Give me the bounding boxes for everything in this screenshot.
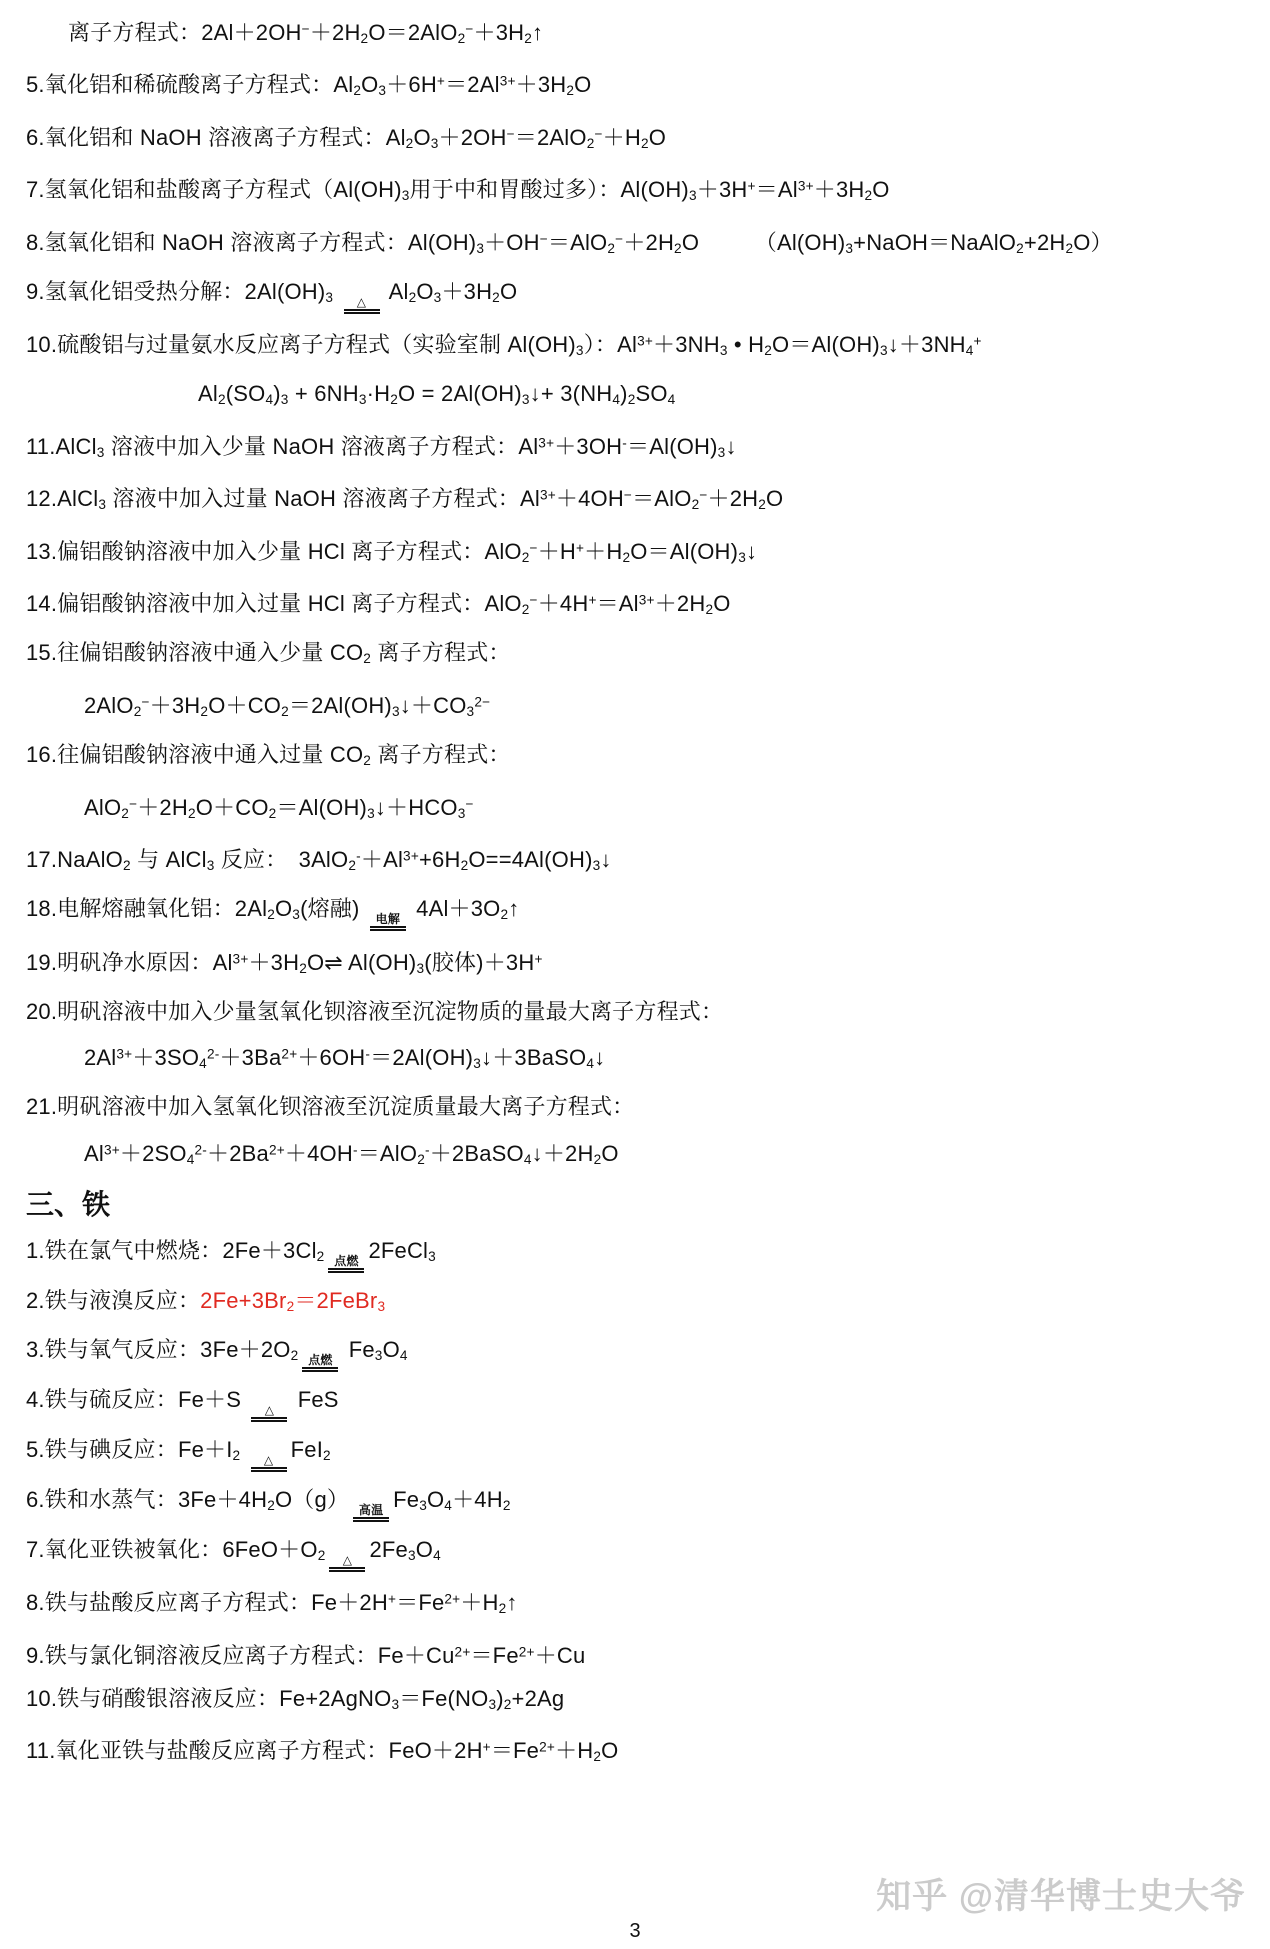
subscript: 3 xyxy=(391,1697,399,1712)
superscript: 3+ xyxy=(403,849,419,864)
double-line-equals xyxy=(328,1268,364,1273)
subscript: 2 xyxy=(607,241,615,256)
document-line: Al2(SO4)3 + 6NH3·H2O = 2Al(OH)3↓+ 3(NH4)… xyxy=(198,379,1250,415)
document-line: Al3+＋2SO42-＋2Ba2+＋4OH-＝AlO2-＋2BaSO4↓＋2H2… xyxy=(84,1135,1250,1175)
double-line-equals xyxy=(344,309,380,314)
condition-label: △ xyxy=(343,1554,352,1566)
double-line-equals xyxy=(302,1367,338,1372)
subscript: 2 xyxy=(566,83,574,98)
line-text: 8.氢氧化铝和 NaOH 溶液离子方程式：Al(OH)3＋OH−＝AlO2−＋2… xyxy=(26,230,1113,255)
document-line: 13.偏铝酸钠溶液中加入少量 HCl 离子方程式：AlO2−＋H+＋H2O＝Al… xyxy=(26,533,1250,573)
line-text: 2AlO2−＋3H2O＋CO2＝2Al(OH)3↓＋CO32− xyxy=(84,693,490,718)
superscript: + xyxy=(483,1740,491,1755)
superscript: − xyxy=(615,231,623,246)
superscript: − xyxy=(594,126,602,141)
reaction-condition-equals: △ xyxy=(344,296,380,314)
reaction-condition-equals: △ xyxy=(251,1404,287,1422)
line-text: 15.往偏铝酸钠溶液中通入少量 CO2 离子方程式： xyxy=(26,640,511,665)
subscript: 2 xyxy=(323,1448,331,1463)
line-text: 20.明矾溶液中加入少量氢氧化钡溶液至沉淀物质的量最大离子方程式： xyxy=(26,999,723,1024)
document-line: 2AlO2−＋3H2O＋CO2＝2Al(OH)3↓＋CO32− xyxy=(84,687,1250,727)
subscript: 2 xyxy=(522,550,530,565)
superscript: 2- xyxy=(195,1142,208,1157)
line-text: 三、铁 xyxy=(26,1189,110,1220)
line-text: 3.铁与氧气反应：3Fe＋2O2点燃 Fe3O4 xyxy=(26,1337,408,1362)
document-line: 15.往偏铝酸钠溶液中通入少量 CO2 离子方程式： xyxy=(26,638,1250,674)
subscript: 3 xyxy=(325,290,333,305)
superscript: + xyxy=(974,334,982,349)
superscript: + xyxy=(437,74,445,89)
subscript: 2 xyxy=(363,753,371,768)
superscript: 3+ xyxy=(500,74,516,89)
line-text: 14.偏铝酸钠溶液中加入过量 HCl 离子方程式：AlO2−＋4H+＝Al3+＋… xyxy=(26,591,731,616)
subscript: 2 xyxy=(492,290,500,305)
line-text: 2Al3+＋3SO42-＋3Ba2+＋6OH-＝2Al(OH)3↓＋3BaSO4… xyxy=(84,1045,605,1070)
line-text: 7.氢氧化铝和盐酸离子方程式（Al(OH)3用于中和胃酸过多）：Al(OH)3＋… xyxy=(26,177,890,202)
document-line: 5.氧化铝和稀硫酸离子方程式：Al2O3＋6H+＝2Al3+＋3H2O xyxy=(26,67,1250,107)
subscript: 2 xyxy=(705,602,713,617)
subscript: 3 xyxy=(431,136,439,151)
subscript: 2 xyxy=(1065,241,1073,256)
subscript: 3 xyxy=(377,1299,385,1314)
subscript: 3 xyxy=(593,858,601,873)
superscript: 3+ xyxy=(637,334,653,349)
watermark: 知乎 @清华博士史大爷 xyxy=(876,1869,1246,1919)
superscript: 2+ xyxy=(444,1592,460,1607)
line-text: 9.氢氧化铝受热分解：2Al(OH)3 △ Al2O3＋3H2O xyxy=(26,279,517,304)
subscript: 3 xyxy=(476,241,484,256)
subscript: 3 xyxy=(392,704,400,719)
superscript: 3+ xyxy=(540,488,556,503)
superscript: - xyxy=(425,1142,430,1157)
line-text: AlO2−＋2H2O＋CO2＝Al(OH)3↓＋HCO3− xyxy=(84,795,474,820)
subscript: 3 xyxy=(97,445,105,460)
subscript: 4 xyxy=(612,392,620,407)
superscript: 3+ xyxy=(233,951,249,966)
document-line: 16.往偏铝酸钠溶液中通入过量 CO2 离子方程式： xyxy=(26,740,1250,776)
subscript: 2 xyxy=(764,343,772,358)
subscript: 2 xyxy=(134,704,142,719)
document-line: 3.铁与氧气反应：3Fe＋2O2点燃 Fe3O4 xyxy=(26,1335,1250,1372)
subscript: 3 xyxy=(281,392,289,407)
line-text: Al2(SO4)3 + 6NH3·H2O = 2Al(OH)3↓+ 3(NH4)… xyxy=(198,381,675,406)
superscript: − xyxy=(465,21,473,36)
subscript: 2 xyxy=(363,651,371,666)
subscript: 3 xyxy=(378,83,386,98)
subscript: 2 xyxy=(390,392,398,407)
subscript: 3 xyxy=(408,1548,416,1563)
subscript: 2 xyxy=(267,1498,275,1513)
subscript: 3 xyxy=(207,858,215,873)
superscript: 2- xyxy=(207,1047,220,1062)
document-line: 7.氢氧化铝和盐酸离子方程式（Al(OH)3用于中和胃酸过多）：Al(OH)3＋… xyxy=(26,172,1250,212)
subscript: 2 xyxy=(622,550,630,565)
line-text: 16.往偏铝酸钠溶液中通入过量 CO2 离子方程式： xyxy=(26,742,511,767)
subscript: 2 xyxy=(501,907,509,922)
subscript: 3 xyxy=(428,1249,436,1264)
document-line: 11.AlCl3 溶液中加入少量 NaOH 溶液离子方程式：Al3+＋3OH-＝… xyxy=(26,428,1250,468)
document-line: 2.铁与液溴反应：2Fe+3Br2＝2FeBr3 xyxy=(26,1286,1250,1322)
superscript: - xyxy=(365,1047,370,1062)
page-number: 3 xyxy=(0,1920,1270,1943)
subscript: 2 xyxy=(317,1249,325,1264)
subscript: 2 xyxy=(233,1448,241,1463)
subscript: 4 xyxy=(668,392,676,407)
document-line: 7.氧化亚铁被氧化：6FeO＋O2△2Fe3O4 xyxy=(26,1535,1250,1572)
line-text: 17.NaAlO2 与 AlCl3 反应： 3AlO2-＋Al3++6H2O==… xyxy=(26,847,612,872)
subscript: 3 xyxy=(98,497,106,512)
line-text: Al3+＋2SO42-＋2Ba2+＋4OH-＝AlO2-＋2BaSO4↓＋2H2… xyxy=(84,1141,619,1166)
reaction-condition-equals: 高温 xyxy=(353,1504,389,1522)
superscript: - xyxy=(353,1142,358,1157)
subscript: 4 xyxy=(187,1152,195,1167)
subscript: 2 xyxy=(281,704,289,719)
subscript: 4 xyxy=(524,1152,532,1167)
subscript: 2 xyxy=(121,806,129,821)
document-line: 8.铁与盐酸反应离子方程式：Fe＋2H+＝Fe2+＋H2↑ xyxy=(26,1585,1250,1625)
superscript: − xyxy=(302,21,310,36)
subscript: 3 xyxy=(402,188,410,203)
document-line: 18.电解熔融氧化铝：2Al2O3(熔融) 电解 4Al＋3O2↑ xyxy=(26,894,1250,931)
line-text: 1.铁在氯气中燃烧：2Fe＋3Cl2点燃2FeCl3 xyxy=(26,1238,436,1263)
subscript: 2 xyxy=(299,961,307,976)
superscript: − xyxy=(530,540,538,555)
superscript: − xyxy=(129,796,137,811)
subscript: 2 xyxy=(318,1548,326,1563)
line-text: 19.明矾净水原因：Al3+＋3H2O⇌ Al(OH)3(胶体)＋3H+ xyxy=(26,950,543,975)
subscript: 3 xyxy=(292,907,300,922)
document-line: 21.明矾溶液中加入氢氧化钡溶液至沉淀质量最大离子方程式： xyxy=(26,1092,1250,1122)
line-text: 10.铁与硝酸银溶液反应：Fe+2AgNO3＝Fe(NO3)2+2Ag xyxy=(26,1686,564,1711)
reaction-condition-equals: 电解 xyxy=(370,913,406,931)
condition-label: △ xyxy=(357,296,366,308)
subscript: 2 xyxy=(461,858,469,873)
document-line: 1.铁在氯气中燃烧：2Fe＋3Cl2点燃2FeCl3 xyxy=(26,1236,1250,1273)
subscript: 2 xyxy=(522,602,530,617)
subscript: 2 xyxy=(504,1697,512,1712)
subscript: 2 xyxy=(218,392,226,407)
double-line-equals xyxy=(251,1467,287,1472)
document-line: 8.氢氧化铝和 NaOH 溶液离子方程式：Al(OH)3＋OH−＝AlO2−＋2… xyxy=(26,224,1250,264)
subscript: 3 xyxy=(845,241,853,256)
superscript: − xyxy=(624,488,632,503)
line-text: 13.偏铝酸钠溶液中加入少量 HCl 离子方程式：AlO2−＋H+＋H2O＝Al… xyxy=(26,539,757,564)
double-line-equals xyxy=(251,1417,287,1422)
line-text: 11.AlCl3 溶液中加入少量 NaOH 溶液离子方程式：Al3+＋3OH-＝… xyxy=(26,434,737,459)
line-text: 4.铁与硫反应：Fe＋S △ FeS xyxy=(26,1387,339,1412)
superscript: + xyxy=(534,951,542,966)
subscript: 3 xyxy=(458,806,466,821)
superscript: + xyxy=(588,593,596,608)
condition-label: 点燃 xyxy=(308,1354,332,1366)
subscript: 4 xyxy=(586,1056,594,1071)
superscript: 2+ xyxy=(281,1047,297,1062)
superscript: 2+ xyxy=(539,1740,555,1755)
line-text: 5.氧化铝和稀硫酸离子方程式：Al2O3＋6H+＝2Al3+＋3H2O xyxy=(26,72,591,97)
document-line: 17.NaAlO2 与 AlCl3 反应： 3AlO2-＋Al3++6H2O==… xyxy=(26,842,1250,882)
subscript: 2 xyxy=(503,1498,511,1513)
superscript: 3+ xyxy=(639,593,655,608)
subscript: 2 xyxy=(353,83,361,98)
superscript: - xyxy=(356,849,361,864)
subscript: 2 xyxy=(269,806,277,821)
double-line-equals xyxy=(370,926,406,931)
line-text: 8.铁与盐酸反应离子方程式：Fe＋2H+＝Fe2+＋H2↑ xyxy=(26,1590,518,1615)
subscript: 2 xyxy=(758,497,766,512)
equation-text-red: 2Fe+3Br2＝2FeBr3 xyxy=(200,1288,385,1313)
condition-label: 高温 xyxy=(359,1504,383,1516)
subscript: 4 xyxy=(433,1548,441,1563)
document-line: 6.铁和水蒸气：3Fe＋4H2O（g）高温Fe3O4＋4H2 xyxy=(26,1485,1250,1522)
superscript: 2+ xyxy=(519,1644,535,1659)
subscript: 3 xyxy=(720,343,728,358)
superscript: − xyxy=(507,126,515,141)
subscript: 2 xyxy=(348,858,356,873)
subscript: 2 xyxy=(200,704,208,719)
subscript: 3 xyxy=(522,392,530,407)
document-line: 12.AlCl3 溶液中加入过量 NaOH 溶液离子方程式：Al3+＋4OH−＝… xyxy=(26,481,1250,521)
condition-label: △ xyxy=(264,1454,273,1466)
superscript: 2+ xyxy=(269,1142,285,1157)
reaction-condition-equals: △ xyxy=(251,1454,287,1472)
subscript: 3 xyxy=(488,1697,496,1712)
document-line: 10.铁与硝酸银溶液反应：Fe+2AgNO3＝Fe(NO3)2+2Ag xyxy=(26,1684,1250,1720)
superscript: 3+ xyxy=(798,179,814,194)
subscript: 2 xyxy=(188,806,196,821)
document-line: 10.硫酸铝与过量氨水反应离子方程式（实验室制 Al(OH)3）：Al3+＋3N… xyxy=(26,327,1250,367)
subscript: 2 xyxy=(641,136,649,151)
superscript: − xyxy=(466,796,474,811)
document-line: 14.偏铝酸钠溶液中加入过量 HCl 离子方程式：AlO2−＋4H+＝Al3+＋… xyxy=(26,586,1250,626)
line-text: 11.氧化亚铁与盐酸反应离子方程式：FeO＋2H+＝Fe2+＋H2O xyxy=(26,1738,618,1763)
subscript: 2 xyxy=(1016,241,1024,256)
double-line-equals xyxy=(329,1567,365,1572)
superscript: 3+ xyxy=(538,435,554,450)
subscript: 4 xyxy=(444,1498,452,1513)
condition-label: 点燃 xyxy=(334,1255,358,1267)
subscript: 2 xyxy=(267,907,275,922)
superscript: − xyxy=(142,694,150,709)
line-text: 6.铁和水蒸气：3Fe＋4H2O（g）高温Fe3O4＋4H2 xyxy=(26,1487,511,1512)
line-text: 18.电解熔融氧化铝：2Al2O3(熔融) 电解 4Al＋3O2↑ xyxy=(26,896,519,921)
subscript: 3 xyxy=(375,1348,383,1363)
document-line: 20.明矾溶液中加入少量氢氧化钡溶液至沉淀物质的量最大离子方程式： xyxy=(26,997,1250,1027)
superscript: 3+ xyxy=(116,1047,132,1062)
subscript: 3 xyxy=(473,1056,481,1071)
document-line: 9.铁与氯化铜溶液反应离子方程式：Fe＋Cu2+＝Fe2+＋Cu xyxy=(26,1637,1250,1671)
condition-label: △ xyxy=(265,1404,274,1416)
subscript: 2 xyxy=(674,241,682,256)
superscript: − xyxy=(699,488,707,503)
subscript: 4 xyxy=(400,1348,408,1363)
superscript: 2− xyxy=(474,694,490,709)
subscript: 3 xyxy=(434,290,442,305)
subscript: 2 xyxy=(865,188,873,203)
subscript: 2 xyxy=(593,1749,601,1764)
subscript: 2 xyxy=(361,31,369,46)
condition-label: 电解 xyxy=(376,913,400,925)
subscript: 2 xyxy=(628,392,636,407)
subscript: 2 xyxy=(287,1299,295,1314)
superscript: − xyxy=(540,231,548,246)
subscript: 2 xyxy=(291,1348,299,1363)
document-line: 19.明矾净水原因：Al3+＋3H2O⇌ Al(OH)3(胶体)＋3H+ xyxy=(26,944,1250,984)
superscript: 3+ xyxy=(104,1142,120,1157)
subscript: 3 xyxy=(367,806,375,821)
subscript: 3 xyxy=(416,961,424,976)
document-body: 离子方程式：2Al＋2OH−＋2H2O＝2AlO2−＋3H2↑5.氧化铝和稀硫酸… xyxy=(26,14,1250,1772)
superscript: + xyxy=(576,540,584,555)
section-header: 三、铁 xyxy=(26,1188,1250,1222)
superscript: − xyxy=(530,593,538,608)
line-text: 9.铁与氯化铜溶液反应离子方程式：Fe＋Cu2+＝Fe2+＋Cu xyxy=(26,1643,585,1668)
subscript: 3 xyxy=(689,188,697,203)
subscript: 4 xyxy=(966,343,974,358)
document-page: 离子方程式：2Al＋2OH−＋2H2O＝2AlO2−＋3H2↑5.氧化铝和稀硫酸… xyxy=(0,0,1270,1949)
subscript: 2 xyxy=(499,1601,507,1616)
line-text: 离子方程式：2Al＋2OH−＋2H2O＝2AlO2−＋3H2↑ xyxy=(68,20,543,45)
subscript: 2 xyxy=(594,1152,602,1167)
superscript: 2+ xyxy=(455,1644,471,1659)
document-line: 离子方程式：2Al＋2OH−＋2H2O＝2AlO2−＋3H2↑ xyxy=(68,14,1250,54)
subscript: 3 xyxy=(576,343,584,358)
document-line: 11.氧化亚铁与盐酸反应离子方程式：FeO＋2H+＝Fe2+＋H2O xyxy=(26,1733,1250,1773)
subscript: 4 xyxy=(265,392,273,407)
document-line: 9.氢氧化铝受热分解：2Al(OH)3 △ Al2O3＋3H2O xyxy=(26,277,1250,314)
reaction-condition-equals: △ xyxy=(329,1554,365,1572)
subscript: 2 xyxy=(524,31,532,46)
reaction-condition-equals: 点燃 xyxy=(302,1354,338,1372)
subscript: 3 xyxy=(738,550,746,565)
line-text: 2.铁与液溴反应： xyxy=(26,1288,200,1313)
subscript: 4 xyxy=(199,1056,207,1071)
subscript: 3 xyxy=(419,1498,427,1513)
line-text: 5.铁与碘反应：Fe＋I2 △FeI2 xyxy=(26,1437,331,1462)
line-text: 6.氧化铝和 NaOH 溶液离子方程式：Al2O3＋2OH−＝2AlO2−＋H2… xyxy=(26,125,666,150)
subscript: 2 xyxy=(406,136,414,151)
superscript: + xyxy=(388,1592,396,1607)
document-line: AlO2−＋2H2O＋CO2＝Al(OH)3↓＋HCO3− xyxy=(84,789,1250,829)
line-text: 10.硫酸铝与过量氨水反应离子方程式（实验室制 Al(OH)3）：Al3+＋3N… xyxy=(26,332,982,357)
line-text: 21.明矾溶液中加入氢氧化钡溶液至沉淀质量最大离子方程式： xyxy=(26,1094,634,1119)
document-line: 4.铁与硫反应：Fe＋S △ FeS xyxy=(26,1385,1250,1422)
subscript: 3 xyxy=(359,392,367,407)
line-text: 7.氧化亚铁被氧化：6FeO＋O2△2Fe3O4 xyxy=(26,1537,441,1562)
superscript: - xyxy=(622,435,627,450)
document-line: 5.铁与碘反应：Fe＋I2 △FeI2 xyxy=(26,1435,1250,1472)
subscript: 2 xyxy=(409,290,417,305)
reaction-condition-equals: 点燃 xyxy=(328,1255,364,1273)
subscript: 2 xyxy=(417,1152,425,1167)
line-text: 12.AlCl3 溶液中加入过量 NaOH 溶液离子方程式：Al3+＋4OH−＝… xyxy=(26,486,783,511)
subscript: 2 xyxy=(123,858,131,873)
document-line: 2Al3+＋3SO42-＋3Ba2+＋6OH-＝2Al(OH)3↓＋3BaSO4… xyxy=(84,1040,1250,1080)
subscript: 3 xyxy=(880,343,888,358)
double-line-equals xyxy=(353,1517,389,1522)
document-line: 6.氧化铝和 NaOH 溶液离子方程式：Al2O3＋2OH−＝2AlO2−＋H2… xyxy=(26,119,1250,159)
superscript: + xyxy=(747,179,755,194)
subscript: 3 xyxy=(718,445,726,460)
